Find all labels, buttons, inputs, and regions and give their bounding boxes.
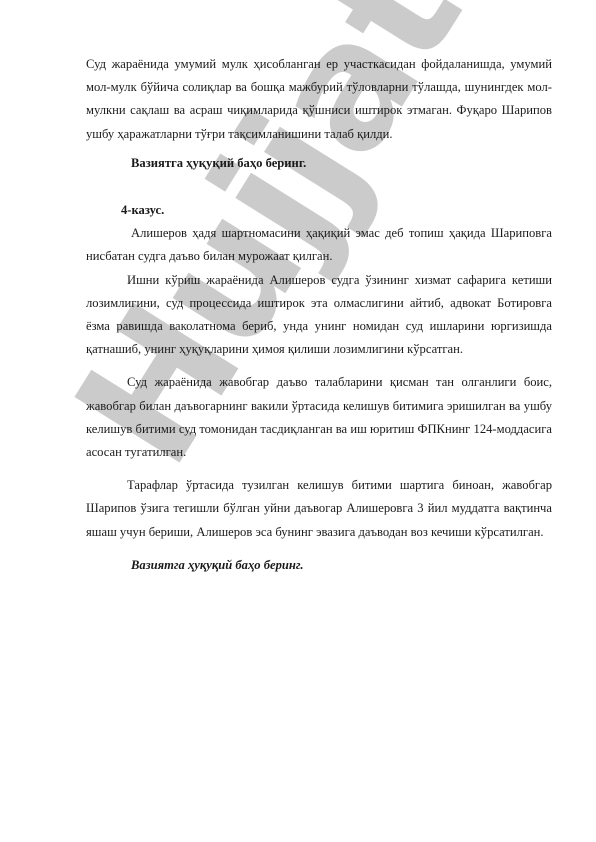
intro-paragraph: Суд жараёнида умумий мулк ҳисобланган ер…: [86, 53, 552, 146]
task-prompt-1: Вазиятга ҳуқуқий баҳо беринг.: [86, 152, 552, 175]
case-paragraph-1: Алишеров ҳадя шартномасини ҳақиқий эмас …: [86, 222, 552, 268]
task-prompt-2: Вазиятга ҳуқуқий баҳо беринг.: [86, 554, 552, 577]
watermark-part-24: 24: [331, 0, 596, 30]
case-title: 4-казус.: [86, 199, 552, 222]
case-paragraph-4: Тарафлар ўртасида тузилган келишув битим…: [86, 474, 552, 544]
document-page: Суд жараёнида умумий мулк ҳисобланган ер…: [86, 53, 552, 577]
case-paragraph-2: Ишни кўриш жараёнида Алишеров судга ўзин…: [86, 269, 552, 362]
case-paragraph-3: Суд жараёнида жавобгар даъво талабларини…: [86, 371, 552, 464]
